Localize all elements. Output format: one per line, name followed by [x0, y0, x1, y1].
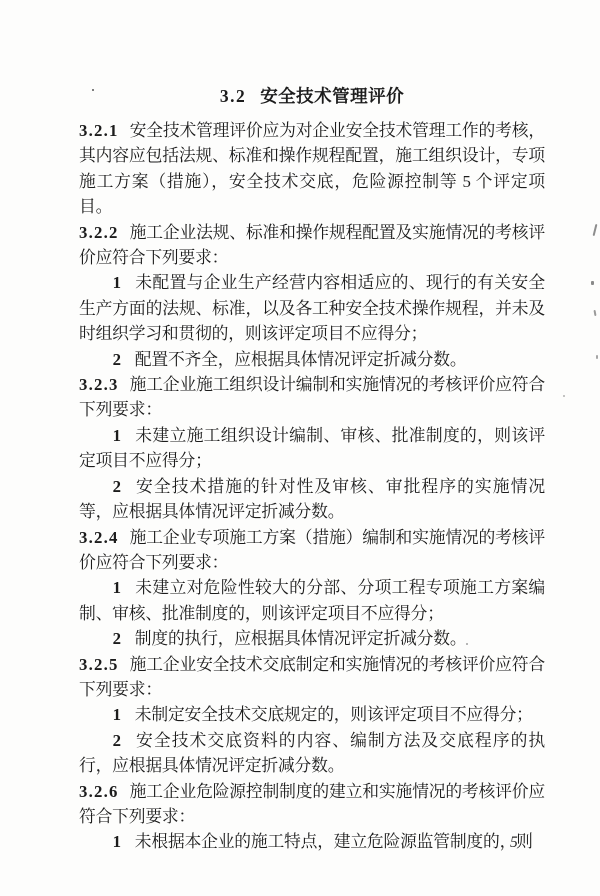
clause-item: 1未制定安全技术交底规定的，则该评定项目不应得分； [79, 702, 545, 727]
clause-item: 1未建立对危险性较大的分部、分项工程专项施工方案编制、审核、批准制度的，则该评定… [79, 575, 545, 626]
item-number: 1 [113, 273, 121, 292]
item-text: 未配置与企业生产经营内容相适应的、现行的有关安全生产方面的法规、标准，以及各工种… [79, 273, 545, 343]
item-number: 1 [113, 832, 121, 851]
clause-item: 2配置不齐全，应根据具体情况评定折减分数。 [79, 347, 545, 372]
item-text: 未根据本企业的施工特点，建立危险源监管制度的，则 [135, 832, 533, 851]
clauses: 3.2.1安全技术管理评价应为对企业安全技术管理工作的考核，其内容应包括法规、标… [79, 118, 545, 855]
clause-text: 施工企业危险源控制制度的建立和实施情况的考核评价应符合下列要求： [79, 782, 545, 826]
scan-speck [92, 89, 94, 91]
scan-speck [563, 395, 565, 397]
clause-number: 3.2.1 [79, 121, 119, 140]
item-number: 2 [113, 350, 121, 369]
item-text: 安全技术措施的针对性及审核、审批程序的实施情况等，应根据具体情况评定折减分数。 [79, 477, 545, 521]
clause-text: 安全技术管理评价应为对企业安全技术管理工作的考核，其内容应包括法规、标准和操作规… [79, 121, 545, 216]
clause-number: 3.2.4 [79, 528, 119, 547]
clause-text: 施工企业施工组织设计编制和实施情况的考核评价应符合下列要求： [79, 375, 545, 419]
item-text: 安全技术交底资料的内容、编制方法及交底程序的执行，应根据具体情况评定折减分数。 [79, 731, 545, 775]
clause-item: 1未建立施工组织设计编制、审核、批准制度的，则该评定项目不应得分； [79, 423, 545, 474]
item-number: 1 [113, 578, 121, 597]
clause-item: 1未根据本企业的施工特点，建立危险源监管制度的，则 [79, 829, 545, 854]
clause-number: 3.2.6 [79, 782, 119, 801]
section-title-number: 3.2 [220, 86, 246, 106]
clause-number: 3.2.3 [79, 375, 119, 394]
item-text: 制度的执行，应根据具体情况评定折减分数。 [135, 629, 467, 648]
clause-number: 3.2.5 [79, 655, 119, 674]
clause-paragraph: 3.2.4施工企业专项施工方案（措施）编制和实施情况的考核评价应符合下列要求： [79, 525, 545, 576]
clause-text: 施工企业安全技术交底制定和实施情况的考核评价应符合下列要求： [79, 655, 545, 699]
section-title: 3.2安全技术管理评价 [79, 86, 545, 106]
clause-text: 施工企业专项施工方案（措施）编制和实施情况的考核评价应符合下列要求： [79, 528, 545, 572]
item-number: 1 [113, 426, 121, 445]
document-content: 3.2安全技术管理评价 3.2.1安全技术管理评价应为对企业安全技术管理工作的考… [79, 86, 545, 855]
scan-bleed-mark [591, 281, 594, 285]
page-number: 5 [510, 834, 518, 852]
scan-bleed-mark [593, 224, 598, 236]
clause-paragraph: 3.2.6施工企业危险源控制制度的建立和实施情况的考核评价应符合下列要求： [79, 779, 545, 830]
item-number: 1 [113, 705, 121, 724]
item-number: 2 [113, 731, 121, 750]
clause-item: 2安全技术交底资料的内容、编制方法及交底程序的执行，应根据具体情况评定折减分数。 [79, 728, 545, 779]
clause-item: 1未配置与企业生产经营内容相适应的、现行的有关安全生产方面的法规、标准，以及各工… [79, 270, 545, 346]
item-text: 未建立施工组织设计编制、审核、批准制度的，则该评定项目不应得分； [79, 426, 545, 470]
item-text: 配置不齐全，应根据具体情况评定折减分数。 [135, 350, 467, 369]
item-number: 2 [113, 629, 121, 648]
section-title-text: 安全技术管理评价 [260, 86, 404, 106]
scan-bleed-mark [596, 355, 598, 359]
clause-paragraph: 3.2.5施工企业安全技术交底制定和实施情况的考核评价应符合下列要求： [79, 652, 545, 703]
scan-bleed-mark [593, 310, 596, 316]
clause-item: 2制度的执行，应根据具体情况评定折减分数。 [79, 626, 545, 651]
item-number: 2 [113, 477, 121, 496]
clause-text: 施工企业法规、标准和操作规程配置及实施情况的考核评价应符合下列要求： [79, 223, 545, 267]
scan-speck [466, 643, 468, 645]
clause-paragraph: 3.2.1安全技术管理评价应为对企业安全技术管理工作的考核，其内容应包括法规、标… [79, 118, 545, 220]
clause-paragraph: 3.2.3施工企业施工组织设计编制和实施情况的考核评价应符合下列要求： [79, 372, 545, 423]
scanned-document-page: { "page": { "title": { "number": "3.2", … [0, 0, 600, 896]
item-text: 未制定安全技术交底规定的，则该评定项目不应得分； [135, 705, 533, 724]
clause-paragraph: 3.2.2施工企业法规、标准和操作规程配置及实施情况的考核评价应符合下列要求： [79, 220, 545, 271]
clause-item: 2安全技术措施的针对性及审核、审批程序的实施情况等，应根据具体情况评定折减分数。 [79, 474, 545, 525]
item-text: 未建立对危险性较大的分部、分项工程专项施工方案编制、审核、批准制度的，则该评定项… [79, 578, 545, 622]
clause-number: 3.2.2 [79, 223, 119, 242]
